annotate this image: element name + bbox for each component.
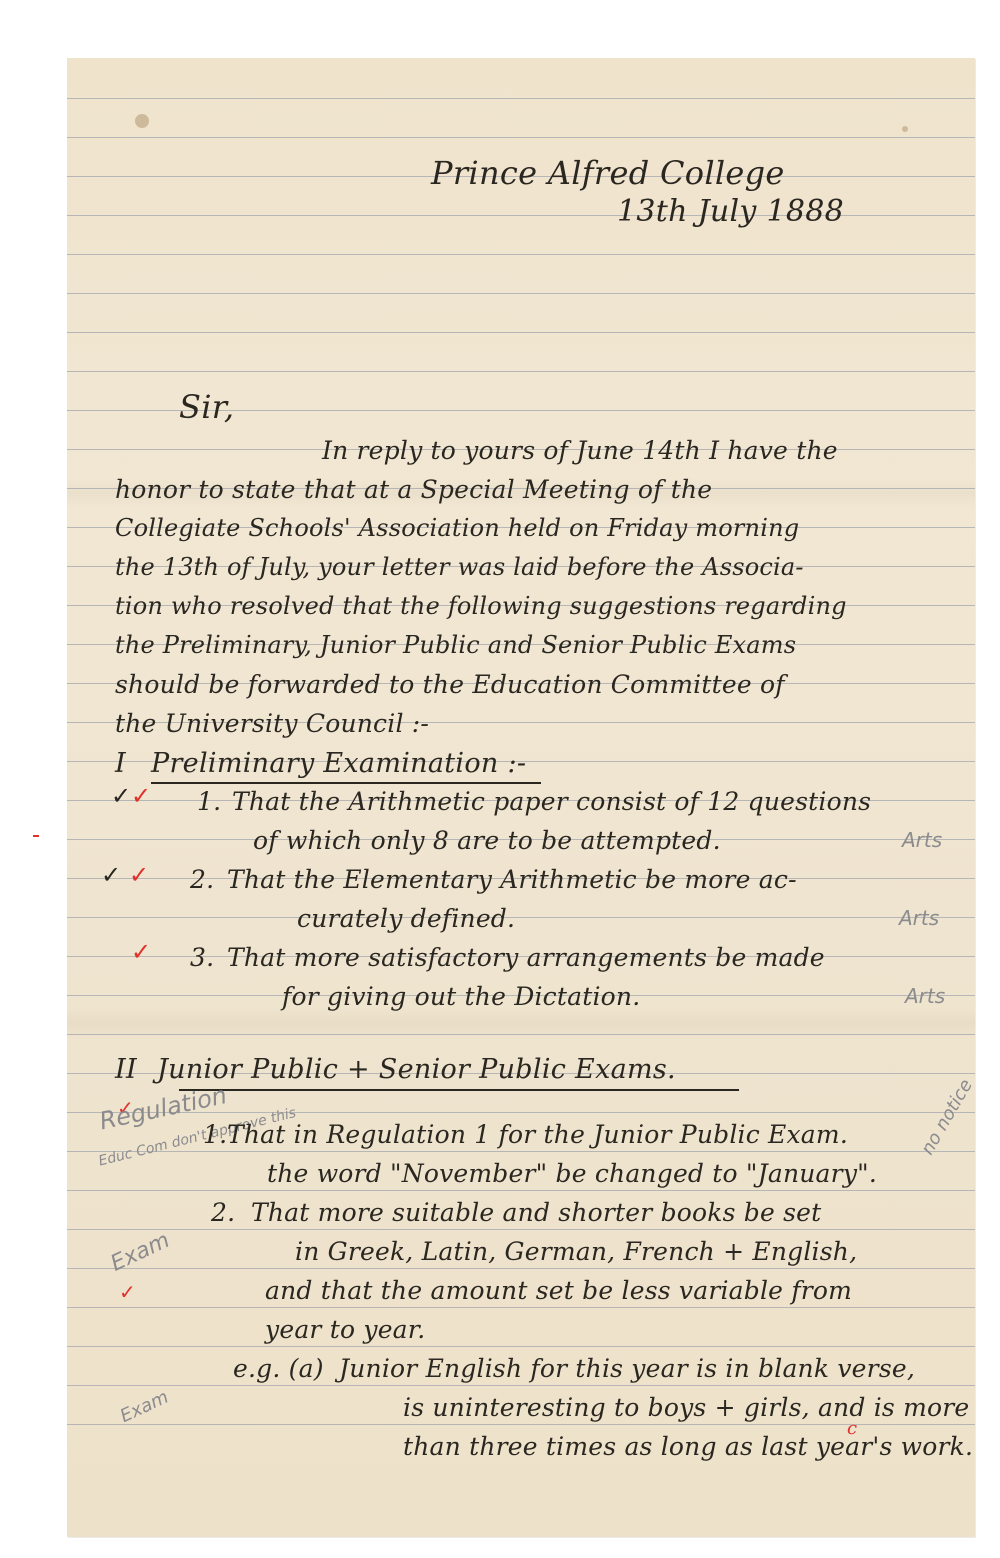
letter-page: Prince Alfred College 13th July 1888 Sir… bbox=[67, 58, 975, 1537]
letter-date: 13th July 1888 bbox=[617, 194, 844, 229]
rule-line bbox=[67, 1268, 975, 1269]
item-text: curately defined. bbox=[297, 904, 515, 933]
rule-line bbox=[67, 1151, 975, 1152]
rule-line bbox=[67, 1190, 975, 1191]
red-margin-mark bbox=[33, 835, 39, 837]
item-number: 1. bbox=[197, 787, 221, 816]
check-icon: ✓ bbox=[119, 1280, 136, 1304]
rule-line bbox=[67, 332, 975, 333]
margin-note: Arts bbox=[902, 828, 942, 852]
body-line: In reply to yours of June 14th I have th… bbox=[322, 436, 838, 465]
letter-place: Prince Alfred College bbox=[431, 154, 785, 192]
check-icon: ✓ bbox=[111, 782, 131, 810]
rule-line bbox=[67, 1346, 975, 1347]
item-text: the word "November" be changed to "Janua… bbox=[267, 1159, 877, 1188]
item-number: 2. bbox=[190, 865, 214, 894]
paper-stain bbox=[902, 126, 908, 132]
item-text: That in Regulation 1 for the Junior Publ… bbox=[227, 1120, 848, 1149]
salutation: Sir, bbox=[179, 388, 234, 426]
check-icon: ✓ bbox=[129, 861, 149, 889]
rule-line bbox=[67, 137, 975, 138]
rule-line bbox=[67, 1034, 975, 1035]
rule-line bbox=[67, 1424, 975, 1425]
section-numeral: I bbox=[115, 748, 126, 779]
body-line: the Preliminary, Junior Public and Senio… bbox=[115, 631, 796, 659]
paper-stain bbox=[135, 114, 149, 128]
rule-line bbox=[67, 293, 975, 294]
body-line: Collegiate Schools' Association held on … bbox=[115, 514, 799, 542]
margin-note: Arts bbox=[905, 984, 945, 1008]
section-heading: Junior Public + Senior Public Exams. bbox=[157, 1054, 676, 1085]
rule-line bbox=[67, 1229, 975, 1230]
item-text: That the Elementary Arithmetic be more a… bbox=[227, 865, 797, 894]
item-text: That more satisfactory arrangements be m… bbox=[227, 943, 825, 972]
item-text: than three times as long as last year's … bbox=[403, 1432, 973, 1461]
rule-line bbox=[67, 917, 975, 918]
margin-note-exam: Exam bbox=[107, 1228, 174, 1277]
item-text: is uninteresting to boys + girls, and is… bbox=[403, 1393, 969, 1422]
item-number: 2. bbox=[211, 1198, 235, 1227]
item-text: in Greek, Latin, German, French + Englis… bbox=[295, 1237, 857, 1266]
item-number: 1. bbox=[203, 1120, 227, 1149]
section-heading: Preliminary Examination :- bbox=[151, 748, 526, 779]
body-line: the University Council :- bbox=[115, 709, 429, 738]
margin-note: no notice bbox=[917, 1076, 977, 1159]
item-text: year to year. bbox=[265, 1315, 425, 1344]
item-text: That the Arithmetic paper consist of 12 … bbox=[232, 787, 871, 816]
check-icon: ✓ bbox=[131, 938, 151, 966]
item-text: for giving out the Dictation. bbox=[282, 982, 640, 1011]
rule-line bbox=[67, 1385, 975, 1386]
rule-line bbox=[67, 371, 975, 372]
red-insertion-mark: ⅽ bbox=[847, 1418, 857, 1439]
item-number: e.g. (a) bbox=[233, 1354, 324, 1383]
section-numeral: II bbox=[115, 1054, 137, 1085]
check-icon: ✓ bbox=[101, 861, 121, 889]
rule-line bbox=[67, 98, 975, 99]
rule-line bbox=[67, 254, 975, 255]
rule-line bbox=[67, 1307, 975, 1308]
body-line: tion who resolved that the following sug… bbox=[115, 592, 847, 620]
item-text: That more suitable and shorter books be … bbox=[251, 1198, 821, 1227]
body-line: the 13th of July, your letter was laid b… bbox=[115, 553, 804, 581]
margin-note-exam: Exam bbox=[117, 1387, 172, 1427]
heading-underline bbox=[179, 1089, 739, 1091]
item-text: and that the amount set be less variable… bbox=[265, 1276, 852, 1305]
heading-underline bbox=[151, 782, 541, 784]
item-text: of which only 8 are to be attempted. bbox=[253, 826, 721, 855]
margin-note: Arts bbox=[899, 906, 939, 930]
item-text: Junior English for this year is in blank… bbox=[339, 1354, 915, 1383]
body-line: honor to state that at a Special Meeting… bbox=[115, 475, 712, 504]
body-line: should be forwarded to the Education Com… bbox=[115, 670, 785, 699]
item-number: 3. bbox=[190, 943, 214, 972]
check-icon: ✓ bbox=[131, 782, 151, 810]
